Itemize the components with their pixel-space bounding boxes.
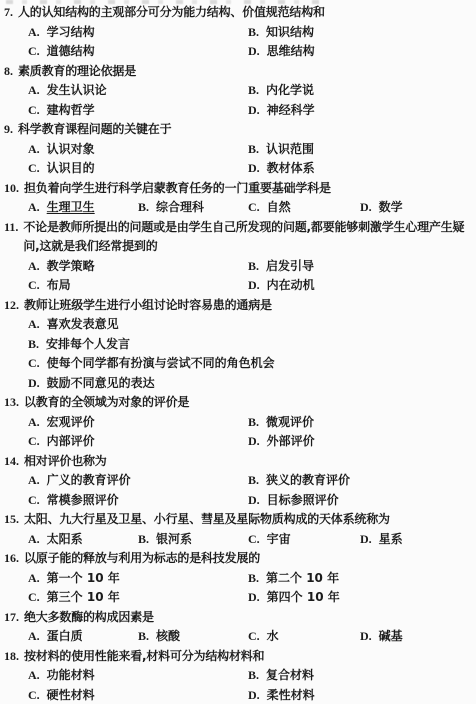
option-label: A. xyxy=(28,142,40,156)
option-text: 认识对象 xyxy=(47,142,95,156)
question-text-line: 7. 人的认知结构的主观部分可分为能力结构、价值规范结构和 xyxy=(4,3,474,23)
option-item: B.核酸 xyxy=(138,627,248,647)
option-text: 认识范围 xyxy=(266,142,314,156)
option-item: A.教学策略 xyxy=(28,257,248,277)
question-text: 担负着向学生进行科学启蒙教育任务的一门重要基础学科是 xyxy=(24,179,474,199)
option-label: C. xyxy=(28,103,40,117)
option-label: A. xyxy=(28,571,40,585)
question-number: 14. xyxy=(4,452,19,472)
option-item: D.内在动机 xyxy=(248,276,474,296)
question-number: 7. xyxy=(4,3,13,23)
option-item: B.内化学说 xyxy=(248,81,474,101)
option-label: A. xyxy=(28,668,40,682)
option-label: C. xyxy=(28,434,40,448)
option-text: 道德结构 xyxy=(47,44,95,58)
option-item: D.神经科学 xyxy=(248,101,474,121)
option-item: C.内部评价 xyxy=(28,432,248,452)
question-block: 17. 绝大多数酶的构成因素是 A.蛋白质B.核酸C.水D.碱基 xyxy=(4,608,474,647)
question-text: 素质教育的理论依据是 xyxy=(18,62,474,82)
option-text: 宏观评价 xyxy=(47,415,95,429)
question-number: 8. xyxy=(4,62,13,82)
option-text: 碱基 xyxy=(379,629,403,643)
option-item: C.水 xyxy=(248,627,360,647)
option-item: B.狭义的教育评价 xyxy=(248,471,474,491)
option-item: B.第二个 10 年 xyxy=(248,569,474,589)
option-text: 启发引导 xyxy=(266,259,314,273)
question-text: 以教育的全领域为对象的评价是 xyxy=(24,393,474,413)
option-text: 教材体系 xyxy=(267,161,315,175)
question-text-line: 17. 绝大多数酶的构成因素是 xyxy=(4,608,474,628)
option-item: C.自然 xyxy=(248,198,360,218)
option-label: C. xyxy=(28,44,40,58)
option-label: D. xyxy=(248,688,260,702)
question-number: 17. xyxy=(4,608,19,628)
option-item: B.银河系 xyxy=(138,530,248,550)
question-text: 人的认知结构的主观部分可分为能力结构、价值规范结构和 xyxy=(18,3,474,23)
option-label: B. xyxy=(248,142,259,156)
option-text-underlined: 生理卫生 xyxy=(47,200,95,214)
option-label: B. xyxy=(138,532,149,546)
option-label: D. xyxy=(248,590,260,604)
option-text: 微观评价 xyxy=(266,415,314,429)
option-label: C. xyxy=(28,278,40,292)
option-item: C.宇宙 xyxy=(248,530,360,550)
question-text: 不论是教师所提出的问题或是由学生自己所发现的问题,都要能够刺激学生心理产生疑问,… xyxy=(23,218,474,257)
option-item: B.综合理科 xyxy=(138,198,248,218)
option-label: C. xyxy=(248,532,260,546)
question-number: 18. xyxy=(4,647,19,667)
question-block: 13. 以教育的全领域为对象的评价是 A.宏观评价B.微观评价C.内部评价D.外… xyxy=(4,393,474,452)
options-grid: A.生理卫生B.综合理科C.自然D.数学 xyxy=(4,198,474,218)
option-text: 功能材料 xyxy=(47,668,95,682)
question-number: 15. xyxy=(4,510,19,530)
option-item: A.学习结构 xyxy=(28,23,248,43)
question-text: 以原子能的释放与利用为标志的是科技发展的 xyxy=(24,549,474,569)
option-text: 蛋白质 xyxy=(47,629,83,643)
question-number: 12. xyxy=(4,296,19,316)
option-item: C.布局 xyxy=(28,276,248,296)
question-text-line: 18. 按材料的使用性能来看,材料可分为结构材料和 xyxy=(4,647,474,667)
option-text: 第四个 10 年 xyxy=(267,590,340,604)
option-label: A. xyxy=(28,317,40,331)
option-item: A.生理卫生 xyxy=(28,198,138,218)
options-grid: A.发生认识论B.内化学说C.建构哲学D.神经科学 xyxy=(4,81,474,120)
options-grid: A.广义的教育评价B.狭义的教育评价C.常模参照评价D.目标参照评价 xyxy=(4,471,474,510)
option-text: 内部评价 xyxy=(47,434,95,448)
option-item: B.知识结构 xyxy=(248,23,474,43)
option-label: B. xyxy=(248,571,259,585)
option-text: 第三个 10 年 xyxy=(47,590,120,604)
question-text: 相对评价也称为 xyxy=(24,452,474,472)
option-label: C. xyxy=(28,493,40,507)
option-text: 第一个 10 年 xyxy=(47,571,120,585)
option-text: 水 xyxy=(267,629,279,643)
option-text: 硬性材料 xyxy=(47,688,95,702)
option-text: 安排每个人发言 xyxy=(46,337,130,351)
option-item: C.常模参照评价 xyxy=(28,491,248,511)
question-block: 11. 不论是教师所提出的问题或是由学生自己所发现的问题,都要能够刺激学生心理产… xyxy=(4,218,474,296)
option-label: A. xyxy=(28,532,40,546)
option-label: A. xyxy=(28,415,40,429)
option-text: 太阳系 xyxy=(47,532,83,546)
option-label: B. xyxy=(248,83,259,97)
question-block: 8. 素质教育的理论依据是 A.发生认识论B.内化学说C.建构哲学D.神经科学 xyxy=(4,62,474,121)
option-text: 星系 xyxy=(379,532,403,546)
option-text: 神经科学 xyxy=(267,103,315,117)
option-item: C.第三个 10 年 xyxy=(28,588,248,608)
option-label: B. xyxy=(248,25,259,39)
option-item: A.广义的教育评价 xyxy=(28,471,248,491)
option-text: 鼓励不同意见的表达 xyxy=(47,376,155,390)
option-text: 布局 xyxy=(47,278,71,292)
option-label: B. xyxy=(28,337,39,351)
options-grid: A.学习结构B.知识结构C.道德结构D.思维结构 xyxy=(4,23,474,62)
question-text: 绝大多数酶的构成因素是 xyxy=(24,608,474,628)
question-number: 9. xyxy=(4,120,13,140)
question-text-line: 8. 素质教育的理论依据是 xyxy=(4,62,474,82)
option-label: D. xyxy=(360,532,372,546)
option-text: 第二个 10 年 xyxy=(266,571,339,585)
option-item: D.思维结构 xyxy=(248,42,474,62)
option-item: B.微观评价 xyxy=(248,413,474,433)
option-text: 复合材料 xyxy=(266,668,314,682)
option-label: D. xyxy=(248,103,260,117)
option-text: 使每个同学都有扮演与尝试不同的角色机会 xyxy=(47,356,275,370)
option-item: C.认识目的 xyxy=(28,159,248,179)
option-item: C.硬性材料 xyxy=(28,686,248,704)
question-text-line: 16. 以原子能的释放与利用为标志的是科技发展的 xyxy=(4,549,474,569)
option-item: D.外部评价 xyxy=(248,432,474,452)
option-text: 外部评价 xyxy=(267,434,315,448)
question-text: 科学教育课程问题的关键在于 xyxy=(18,120,474,140)
question-text-line: 11. 不论是教师所提出的问题或是由学生自己所发现的问题,都要能够刺激学生心理产… xyxy=(4,218,474,257)
option-text: 教学策略 xyxy=(47,259,95,273)
option-item: C.建构哲学 xyxy=(28,101,248,121)
option-label: A. xyxy=(28,25,40,39)
question-text-line: 12. 教师让班级学生进行小组讨论时容易患的通病是 xyxy=(4,296,474,316)
option-label: C. xyxy=(28,161,40,175)
option-item: D.第四个 10 年 xyxy=(248,588,474,608)
option-text: 狭义的教育评价 xyxy=(266,473,350,487)
options-grid: A.太阳系B.银河系C.宇宙D.星系 xyxy=(4,530,474,550)
option-text: 柔性材料 xyxy=(267,688,315,702)
option-label: C. xyxy=(28,688,40,702)
question-block: 12. 教师让班级学生进行小组讨论时容易患的通病是 A.喜欢发表意见B.安排每个… xyxy=(4,296,474,394)
option-label: A. xyxy=(28,200,40,214)
option-item: B.认识范围 xyxy=(248,140,474,160)
option-item: A.认识对象 xyxy=(28,140,248,160)
question-block: 10. 担负着向学生进行科学启蒙教育任务的一门重要基础学科是 A.生理卫生B.综… xyxy=(4,179,474,218)
option-label: D. xyxy=(248,278,260,292)
options-grid: A.蛋白质B.核酸C.水D.碱基 xyxy=(4,627,474,647)
option-item: B.安排每个人发言 xyxy=(28,335,474,355)
question-block: 7. 人的认知结构的主观部分可分为能力结构、价值规范结构和 A.学习结构B.知识… xyxy=(4,3,474,62)
option-label: A. xyxy=(28,473,40,487)
option-item: D.柔性材料 xyxy=(248,686,474,704)
option-label: A. xyxy=(28,83,40,97)
question-block: 14. 相对评价也称为 A.广义的教育评价B.狭义的教育评价C.常模参照评价D.… xyxy=(4,452,474,511)
option-label: A. xyxy=(28,629,40,643)
option-item: A.发生认识论 xyxy=(28,81,248,101)
option-text: 银河系 xyxy=(156,532,192,546)
option-text: 自然 xyxy=(267,200,291,214)
option-item: D.碱基 xyxy=(360,627,474,647)
option-text: 思维结构 xyxy=(267,44,315,58)
option-label: C. xyxy=(28,356,40,370)
option-text: 发生认识论 xyxy=(47,83,107,97)
option-text: 喜欢发表意见 xyxy=(47,317,119,331)
option-label: B. xyxy=(248,259,259,273)
option-label: B. xyxy=(138,629,149,643)
question-text-line: 9. 科学教育课程问题的关键在于 xyxy=(4,120,474,140)
option-label: D. xyxy=(248,434,260,448)
option-item: A.蛋白质 xyxy=(28,627,138,647)
option-text: 学习结构 xyxy=(47,25,95,39)
option-item: D.鼓励不同意见的表达 xyxy=(28,374,474,394)
option-text: 知识结构 xyxy=(266,25,314,39)
option-label: A. xyxy=(28,259,40,273)
question-block: 15. 太阳、九大行星及卫星、小行星、彗星及星际物质构成的天体系统称为 A.太阳… xyxy=(4,510,474,549)
option-item: D.星系 xyxy=(360,530,474,550)
question-text-line: 14. 相对评价也称为 xyxy=(4,452,474,472)
option-text: 数学 xyxy=(379,200,403,214)
option-text: 内化学说 xyxy=(266,83,314,97)
option-label: D. xyxy=(248,493,260,507)
question-text-line: 13. 以教育的全领域为对象的评价是 xyxy=(4,393,474,413)
option-item: D.目标参照评价 xyxy=(248,491,474,511)
option-item: D.数学 xyxy=(360,198,474,218)
question-block: 18. 按材料的使用性能来看,材料可分为结构材料和 A.功能材料B.复合材料C.… xyxy=(4,647,474,704)
question-block: 9. 科学教育课程问题的关键在于 A.认识对象B.认识范围C.认识目的D.教材体… xyxy=(4,120,474,179)
option-label: D. xyxy=(360,200,372,214)
option-text: 认识目的 xyxy=(47,161,95,175)
options-grid: A.宏观评价B.微观评价C.内部评价D.外部评价 xyxy=(4,413,474,452)
option-text: 目标参照评价 xyxy=(267,493,339,507)
option-label: B. xyxy=(138,200,149,214)
option-label: D. xyxy=(28,376,40,390)
option-text: 宇宙 xyxy=(267,532,291,546)
option-text: 内在动机 xyxy=(267,278,315,292)
option-text: 核酸 xyxy=(156,629,180,643)
option-text: 建构哲学 xyxy=(47,103,95,117)
question-text-line: 15. 太阳、九大行星及卫星、小行星、彗星及星际物质构成的天体系统称为 xyxy=(4,510,474,530)
question-text: 教师让班级学生进行小组讨论时容易患的通病是 xyxy=(24,296,474,316)
option-label: D. xyxy=(248,161,260,175)
option-text: 常模参照评价 xyxy=(47,493,119,507)
question-block: 16. 以原子能的释放与利用为标志的是科技发展的 A.第一个 10 年B.第二个… xyxy=(4,549,474,608)
option-item: A.功能材料 xyxy=(28,666,248,686)
options-grid: A.第一个 10 年B.第二个 10 年C.第三个 10 年D.第四个 10 年 xyxy=(4,569,474,608)
option-text: 广义的教育评价 xyxy=(47,473,131,487)
option-label: B. xyxy=(248,668,259,682)
question-number: 13. xyxy=(4,393,19,413)
option-item: A.宏观评价 xyxy=(28,413,248,433)
question-list: 7. 人的认知结构的主观部分可分为能力结构、价值规范结构和 A.学习结构B.知识… xyxy=(4,3,474,704)
option-label: C. xyxy=(28,590,40,604)
option-item: D.教材体系 xyxy=(248,159,474,179)
options-grid: A.教学策略B.启发引导C.布局D.内在动机 xyxy=(4,257,474,296)
option-item: A.喜欢发表意见 xyxy=(28,315,474,335)
option-item: B.启发引导 xyxy=(248,257,474,277)
option-item: A.太阳系 xyxy=(28,530,138,550)
option-item: B.复合材料 xyxy=(248,666,474,686)
option-item: C.道德结构 xyxy=(28,42,248,62)
exam-paper: 7. 人的认知结构的主观部分可分为能力结构、价值规范结构和 A.学习结构B.知识… xyxy=(0,0,476,704)
option-item: A.第一个 10 年 xyxy=(28,569,248,589)
option-label: B. xyxy=(248,415,259,429)
question-number: 16. xyxy=(4,549,19,569)
options-grid: A.认识对象B.认识范围C.认识目的D.教材体系 xyxy=(4,140,474,179)
question-number: 10. xyxy=(4,179,19,199)
option-label: C. xyxy=(248,200,260,214)
option-label: D. xyxy=(248,44,260,58)
option-label: C. xyxy=(248,629,260,643)
option-label: D. xyxy=(360,629,372,643)
question-text-line: 10. 担负着向学生进行科学启蒙教育任务的一门重要基础学科是 xyxy=(4,179,474,199)
options-grid: A.功能材料B.复合材料C.硬性材料D.柔性材料 xyxy=(4,666,474,704)
question-number: 11. xyxy=(4,218,18,238)
question-text: 按材料的使用性能来看,材料可分为结构材料和 xyxy=(24,647,474,667)
option-label: B. xyxy=(248,473,259,487)
option-item: C.使每个同学都有扮演与尝试不同的角色机会 xyxy=(28,354,474,374)
question-text: 太阳、九大行星及卫星、小行星、彗星及星际物质构成的天体系统称为 xyxy=(24,510,474,530)
option-text: 综合理科 xyxy=(156,200,204,214)
options-grid: A.喜欢发表意见B.安排每个人发言C.使每个同学都有扮演与尝试不同的角色机会D.… xyxy=(4,315,474,393)
